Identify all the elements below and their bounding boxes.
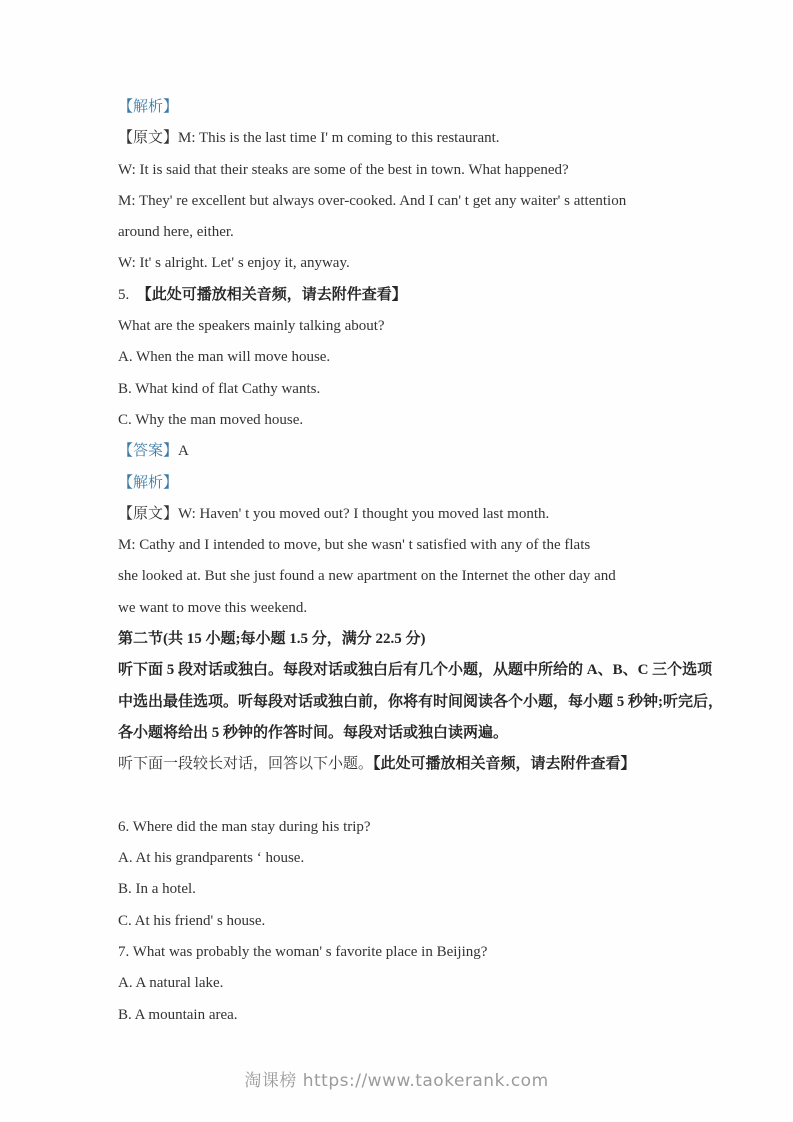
transcript-line: W: It is said that their steaks are some…	[118, 155, 733, 186]
transcript-line-segment: M: Cathy and I intended to move, but she…	[118, 537, 590, 553]
answer-line: 【答案】A	[118, 436, 733, 467]
transcript-line-segment: 【原文】W: Haven' t you moved out? I thought…	[118, 506, 549, 522]
question-5-text: What are the speakers mainly talking abo…	[118, 311, 733, 342]
question-6-option-c-segment: C. At his friend' s house.	[118, 913, 265, 929]
transcript-line: W: It' s alright. Let' s enjoy it, anywa…	[118, 248, 733, 279]
dialogue-intro-audio-note-segment: 听下面一段较长对话，回答以下小题。	[118, 756, 373, 772]
transcript-line: M: They' re excellent but always over-co…	[118, 186, 733, 217]
question-7-option-a: A. A natural lake.	[118, 968, 733, 999]
question-7-option-a-segment: A. A natural lake.	[118, 975, 223, 991]
question-5-option-c-segment: C. Why the man moved house.	[118, 412, 303, 428]
question-7-option-b: B. A mountain area.	[118, 1000, 733, 1031]
transcript-line-segment: 【原文】M: This is the last time I' m coming…	[118, 130, 500, 146]
section-2-heading-segment: 第二节(共 15 小题;每小题 1.5 分，满分 22.5 分)	[118, 631, 426, 647]
question-5-option-a-segment: A. When the man will move house.	[118, 349, 330, 365]
analysis-label: 【解析】	[118, 92, 733, 123]
section-2-instructions-segment: 听下面 5 段对话或独白。每段对话或独白后有几个小题，从题中所给的 A、B、C …	[118, 662, 712, 678]
question-5-audio-note-segment: 5.	[118, 287, 137, 303]
transcript-line-segment: W: It is said that their steaks are some…	[118, 162, 569, 178]
question-7-text-segment: 7. What was probably the woman' s favori…	[118, 944, 487, 960]
question-6-option-b-segment: B. In a hotel.	[118, 881, 196, 897]
question-5-option-b-segment: B. What kind of flat Cathy wants.	[118, 381, 320, 397]
section-2-instructions: 各小题将给出 5 秒钟的作答时间。每段对话或独白读两遍。	[118, 718, 733, 749]
question-6-text-segment: 6. Where did the man stay during his tri…	[118, 819, 371, 835]
transcript-line: she looked at. But she just found a new …	[118, 561, 733, 592]
transcript-line-segment: we want to move this weekend.	[118, 600, 307, 616]
question-5-option-c: C. Why the man moved house.	[118, 405, 733, 436]
section-2-instructions: 听下面 5 段对话或独白。每段对话或独白后有几个小题，从题中所给的 A、B、C …	[118, 655, 733, 686]
footer-watermark-text: 淘课榜 https://www.taokerank.com	[244, 1071, 548, 1091]
dialogue-intro-audio-note: 听下面一段较长对话，回答以下小题。【此处可播放相关音频，请去附件查看】	[118, 749, 733, 780]
question-7-option-b-segment: B. A mountain area.	[118, 1007, 238, 1023]
analysis-label-segment: 【解析】	[118, 475, 178, 491]
question-6-option-a: A. At his grandparents ‘ house.	[118, 843, 733, 874]
answer-line-segment: A	[178, 443, 189, 459]
document-page: 【解析】【原文】M: This is the last time I' m co…	[0, 0, 793, 1122]
transcript-line-segment: she looked at. But she just found a new …	[118, 568, 616, 584]
transcript-line-segment: W: It' s alright. Let' s enjoy it, anywa…	[118, 255, 350, 271]
section-2-heading: 第二节(共 15 小题;每小题 1.5 分，满分 22.5 分)	[118, 624, 733, 655]
question-7-text: 7. What was probably the woman' s favori…	[118, 937, 733, 968]
transcript-line: 【原文】M: This is the last time I' m coming…	[118, 123, 733, 154]
section-2-instructions: 中选出最佳选项。听每段对话或独白前，你将有时间阅读各个小题，每小题 5 秒钟;听…	[118, 687, 733, 718]
transcript-line-segment: M: They' re excellent but always over-co…	[118, 193, 626, 209]
question-5-option-b: B. What kind of flat Cathy wants.	[118, 374, 733, 405]
question-5-option-a: A. When the man will move house.	[118, 342, 733, 373]
analysis-label-segment: 【解析】	[118, 99, 178, 115]
analysis-label: 【解析】	[118, 468, 733, 499]
blank-line	[118, 781, 733, 812]
answer-line-segment: 【答案】	[118, 443, 178, 459]
question-5-text-segment: What are the speakers mainly talking abo…	[118, 318, 385, 334]
footer-watermark: 淘课榜 https://www.taokerank.com	[0, 1066, 793, 1091]
dialogue-intro-audio-note-segment: 【此处可播放相关音频，请去附件查看】	[373, 756, 636, 772]
question-6-option-c: C. At his friend' s house.	[118, 906, 733, 937]
question-5-audio-note-segment: 【此处可播放相关音频，请去附件查看】	[137, 287, 407, 303]
document-body: 【解析】【原文】M: This is the last time I' m co…	[118, 92, 733, 1031]
section-2-instructions-segment: 中选出最佳选项。听每段对话或独白前，你将有时间阅读各个小题，每小题 5 秒钟;听…	[118, 694, 723, 710]
question-6-text: 6. Where did the man stay during his tri…	[118, 812, 733, 843]
transcript-line: around here, either.	[118, 217, 733, 248]
transcript-line: we want to move this weekend.	[118, 593, 733, 624]
transcript-line: M: Cathy and I intended to move, but she…	[118, 530, 733, 561]
transcript-line-segment: around here, either.	[118, 224, 234, 240]
transcript-line: 【原文】W: Haven' t you moved out? I thought…	[118, 499, 733, 530]
question-6-option-a-segment: A. At his grandparents ‘ house.	[118, 850, 304, 866]
section-2-instructions-segment: 各小题将给出 5 秒钟的作答时间。每段对话或独白读两遍。	[118, 725, 508, 741]
question-6-option-b: B. In a hotel.	[118, 874, 733, 905]
question-5-audio-note: 5. 【此处可播放相关音频，请去附件查看】	[118, 280, 733, 311]
